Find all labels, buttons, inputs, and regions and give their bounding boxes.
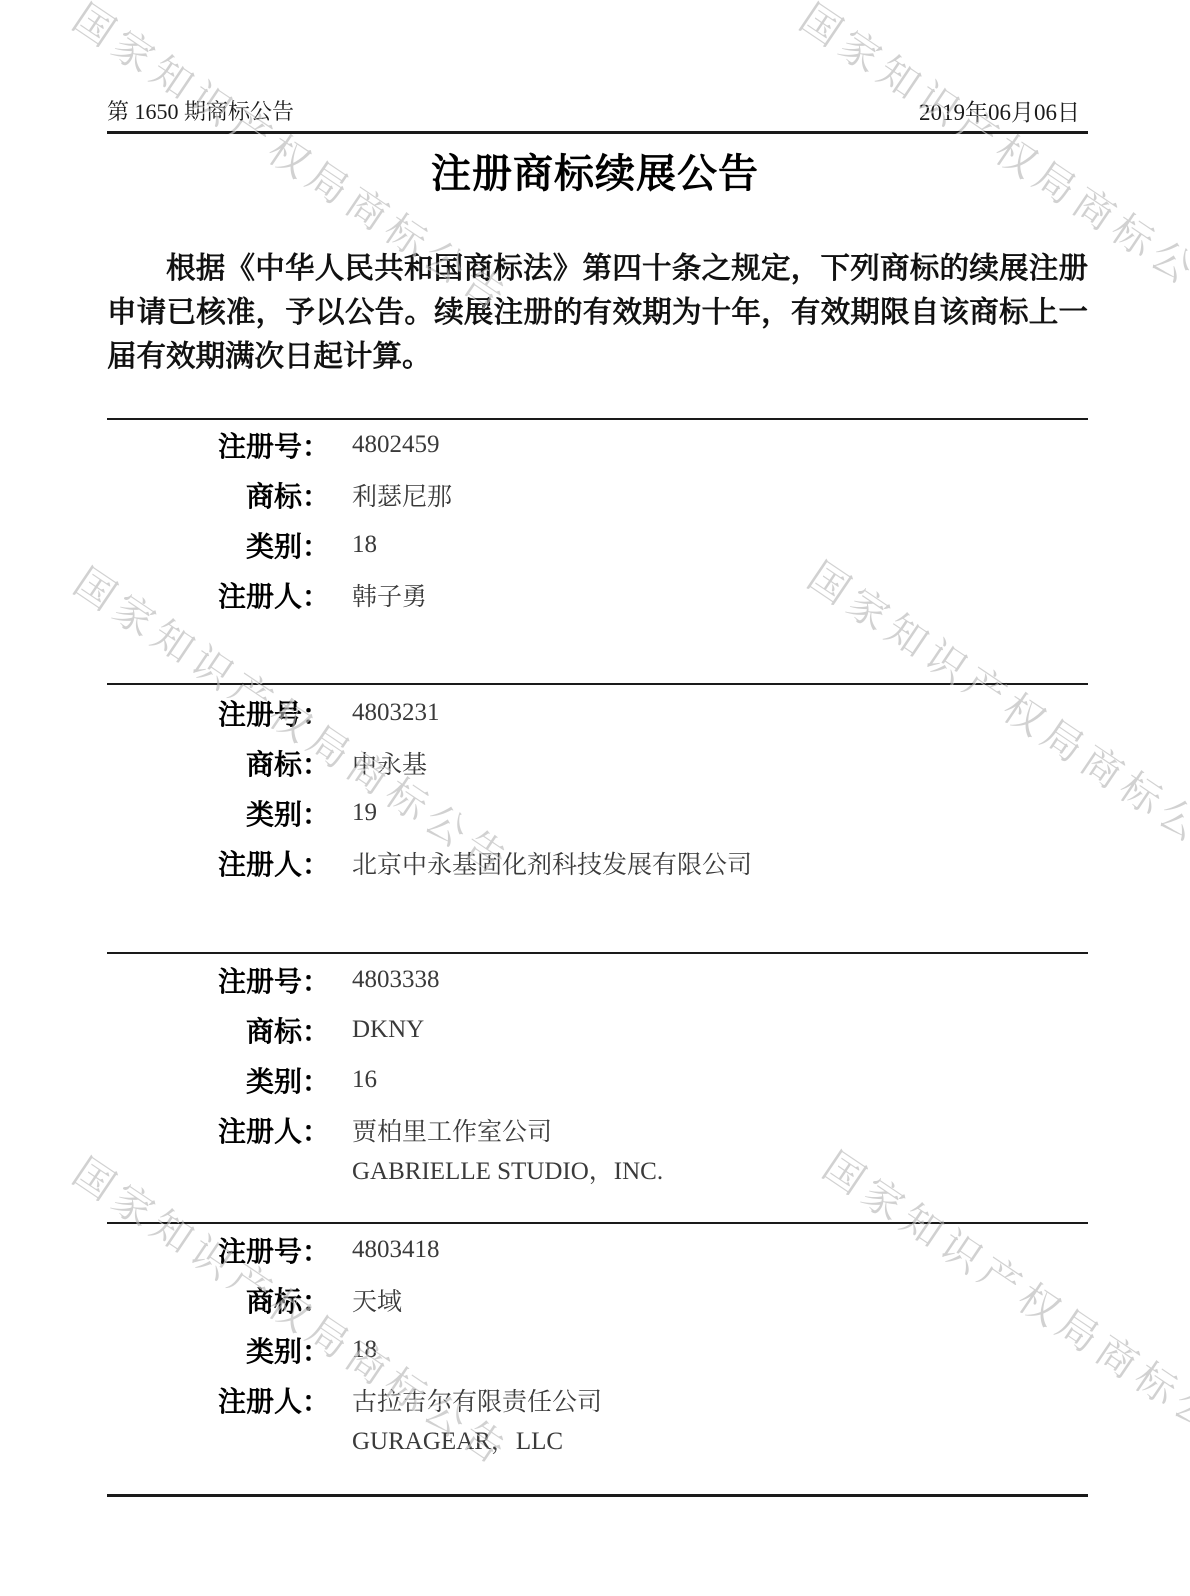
trademark-label: 商标： <box>107 475 330 515</box>
trademark-label: 商标： <box>107 1010 330 1050</box>
registrant-value: 北京中永基固化剂科技发展有限公司 <box>352 845 752 881</box>
registrant-label: 注册人： <box>107 843 330 883</box>
trademark-value: DKNY <box>352 1016 424 1044</box>
category-value: 18 <box>352 1336 377 1364</box>
entry-divider <box>107 683 1088 685</box>
field-row-category: 类别： 18 <box>107 1325 1088 1375</box>
field-row-registrant: 注册人： 韩子勇 <box>107 570 1088 620</box>
reg-no-value: 4803338 <box>352 966 440 994</box>
field-row-reg-no: 注册号： 4803418 <box>107 1225 1088 1275</box>
reg-no-label: 注册号： <box>107 1230 330 1270</box>
reg-no-value: 4803418 <box>352 1236 440 1264</box>
field-row-registrant-en <box>107 888 1088 916</box>
trademark-entry: 注册号： 4803418 商标： 天域 类别： 18 注册人： 古拉吉尔有限责任… <box>107 1225 1088 1453</box>
reg-no-label: 注册号： <box>107 425 330 465</box>
entry-divider <box>107 1222 1088 1224</box>
category-value: 16 <box>352 1066 377 1094</box>
field-row-registrant: 注册人： 古拉吉尔有限责任公司 <box>107 1375 1088 1425</box>
gazette-issue-number: 第 1650 期商标公告 <box>107 95 294 126</box>
field-row-trademark: 商标： 中永基 <box>107 738 1088 788</box>
registrant-en-value: GABRIELLE STUDIO，INC. <box>352 1151 663 1187</box>
category-label: 类别： <box>107 793 330 833</box>
intro-paragraph: 根据《中华人民共和国商标法》第四十条之规定，下列商标的续展注册申请已核准，予以公… <box>107 247 1088 379</box>
reg-no-value: 4803231 <box>352 699 440 727</box>
field-row-reg-no: 注册号： 4802459 <box>107 420 1088 470</box>
field-row-trademark: 商标： DKNY <box>107 1005 1088 1055</box>
trademark-label: 商标： <box>107 743 330 783</box>
reg-no-label: 注册号： <box>107 960 330 1000</box>
field-row-category: 类别： 16 <box>107 1055 1088 1105</box>
trademark-value: 天域 <box>352 1282 402 1318</box>
category-label: 类别： <box>107 525 330 565</box>
trademark-entry: 注册号： 4803231 商标： 中永基 类别： 19 注册人： 北京中永基固化… <box>107 688 1088 916</box>
page-title: 注册商标续展公告 <box>0 142 1190 199</box>
trademark-value: 利瑟尼那 <box>352 477 452 513</box>
registrant-value: 古拉吉尔有限责任公司 <box>352 1382 602 1418</box>
category-value: 18 <box>352 531 377 559</box>
trademark-label: 商标： <box>107 1280 330 1320</box>
field-row-category: 类别： 19 <box>107 788 1088 838</box>
registrant-value: 韩子勇 <box>352 577 427 613</box>
registrant-label: 注册人： <box>107 575 330 615</box>
bottom-divider <box>107 1494 1088 1497</box>
field-row-category: 类别： 18 <box>107 520 1088 570</box>
field-row-reg-no: 注册号： 4803231 <box>107 688 1088 738</box>
publication-date: 2019年06月06日 <box>919 94 1080 127</box>
registrant-value: 贾柏里工作室公司 <box>352 1112 552 1148</box>
field-row-registrant-en: GURAGEAR，LLC <box>107 1425 1088 1453</box>
reg-no-value: 4802459 <box>352 431 440 459</box>
field-row-trademark: 商标： 利瑟尼那 <box>107 470 1088 520</box>
trademark-entry: 注册号： 4803338 商标： DKNY 类别： 16 注册人： 贾柏里工作室… <box>107 955 1088 1183</box>
field-row-registrant: 注册人： 贾柏里工作室公司 <box>107 1105 1088 1155</box>
field-row-registrant-en <box>107 620 1088 648</box>
reg-no-label: 注册号： <box>107 693 330 733</box>
trademark-entry: 注册号： 4802459 商标： 利瑟尼那 类别： 18 注册人： 韩子勇 <box>107 420 1088 648</box>
header-divider <box>107 131 1088 134</box>
field-row-registrant: 注册人： 北京中永基固化剂科技发展有限公司 <box>107 838 1088 888</box>
field-row-trademark: 商标： 天域 <box>107 1275 1088 1325</box>
trademark-value: 中永基 <box>352 745 427 781</box>
gazette-page: 国家知识产权局商标公告 国家知识产权局商标公告 国家知识产权局商标公告 国家知识… <box>0 0 1190 1596</box>
field-row-reg-no: 注册号： 4803338 <box>107 955 1088 1005</box>
field-row-registrant-en: GABRIELLE STUDIO，INC. <box>107 1155 1088 1183</box>
registrant-en-value: GURAGEAR，LLC <box>352 1421 563 1457</box>
registrant-label: 注册人： <box>107 1110 330 1150</box>
category-label: 类别： <box>107 1330 330 1370</box>
registrant-label: 注册人： <box>107 1380 330 1420</box>
category-label: 类别： <box>107 1060 330 1100</box>
category-value: 19 <box>352 799 377 827</box>
entry-divider <box>107 952 1088 954</box>
